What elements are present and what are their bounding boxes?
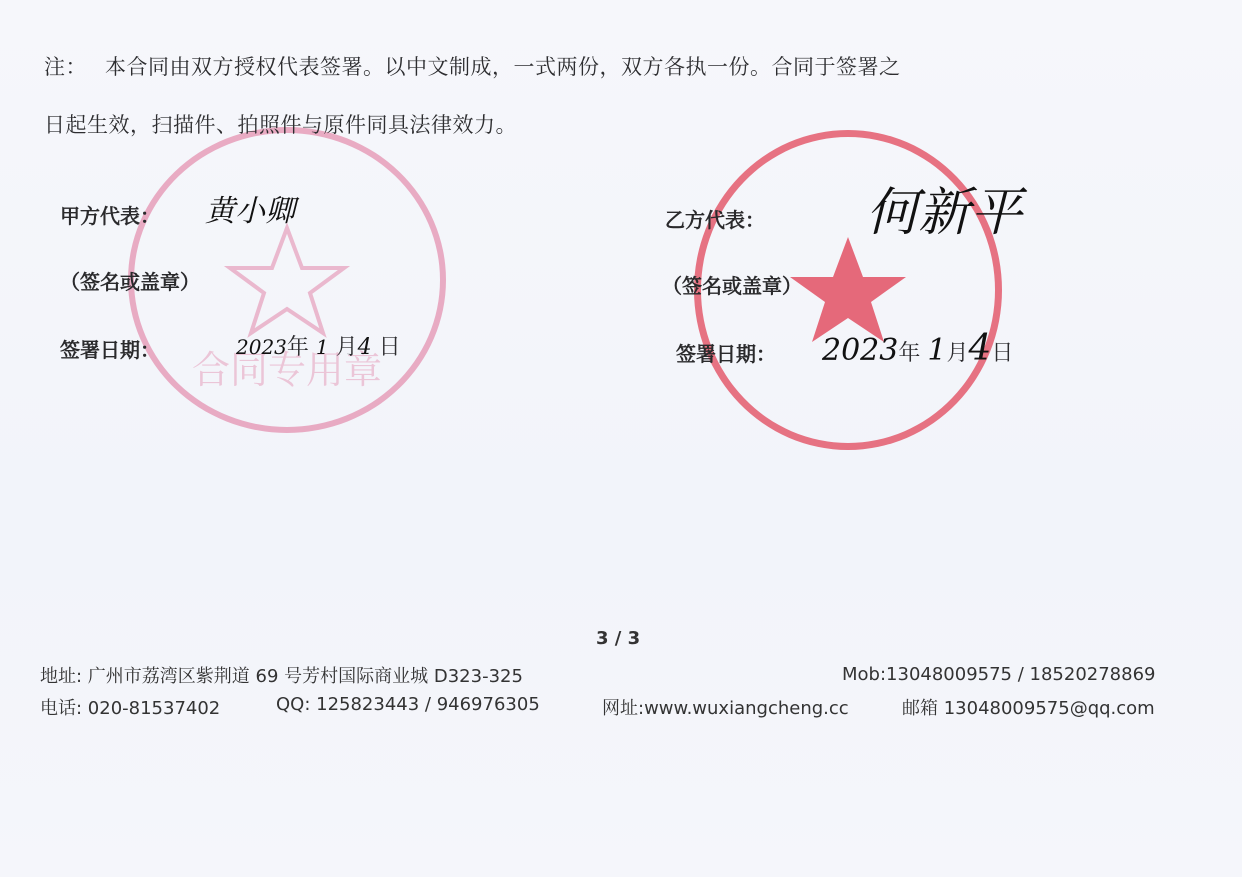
note-text-line2: 日起生效，扫描件、拍照件与原件同具法律效力。	[44, 113, 517, 137]
party-a-sign-note: （签名或盖章）	[60, 266, 200, 295]
contract-page: 合同专用章 注：本合同由双方授权代表签署。以中文制成，一式两份，双方各执一份。合…	[0, 0, 1242, 877]
footer-address: 地址: 广州市荔湾区紫荆道 69 号芳村国际商业城 D323-325	[40, 662, 523, 688]
party-b-date-label: 签署日期：	[676, 338, 776, 367]
note-text-line1: 本合同由双方授权代表签署。以中文制成，一式两份，双方各执一份。合同于签署之	[105, 55, 901, 79]
page-number: 3 / 3	[596, 628, 640, 649]
party-a-rep-label: 甲方代表：	[60, 200, 160, 229]
party-b-sign-note: （签名或盖章）	[662, 270, 802, 299]
footer-mobile: Mob:13048009575 / 18520278869	[842, 664, 1156, 685]
footer-website: 网址:www.wuxiangcheng.cc	[602, 694, 849, 720]
footer-qq: QQ: 125823443 / 946976305	[276, 694, 540, 715]
footer-phone: 电话: 020-81537402	[40, 694, 220, 720]
party-a-signature: 黄小卿	[205, 186, 295, 230]
party-b-signature: 何新平	[866, 170, 1022, 245]
footer-email: 邮箱 13048009575@qq.com	[902, 694, 1155, 720]
party-b-rep-label: 乙方代表：	[665, 204, 765, 233]
note-label: 注：	[44, 55, 87, 79]
party-a-date: 2023年 1 月4 日	[236, 330, 401, 361]
party-b-date: 2023年 1月4日	[822, 328, 1013, 369]
party-a-date-label: 签署日期：	[60, 334, 160, 363]
contract-note: 注：本合同由双方授权代表签署。以中文制成，一式两份，双方各执一份。合同于签署之 …	[44, 38, 1214, 154]
